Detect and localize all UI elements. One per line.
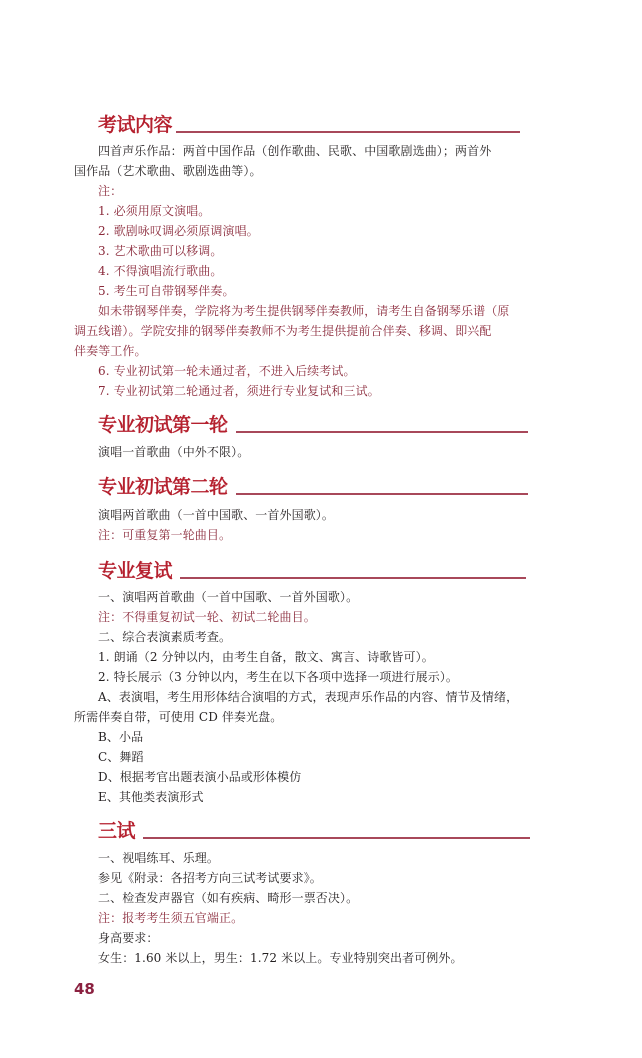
heading-rule	[176, 131, 520, 133]
body-text: 二、综合表演素质考查。	[98, 628, 231, 647]
heading-rule	[236, 493, 528, 495]
body-text: 参见《附录：各招考方向三试考试要求》。	[98, 869, 322, 888]
note-text: 伴奏等工作。	[74, 342, 147, 361]
section-title: 专业初试第一轮	[98, 414, 228, 436]
note-item: 3. 艺术歌曲可以移调。	[98, 242, 222, 261]
body-text: 身高要求：	[98, 929, 159, 948]
section-heading-second-exam: 专业复试	[98, 560, 526, 582]
list-item: C、舞蹈	[98, 748, 144, 767]
note-text: 注：可重复第一轮曲目。	[98, 526, 231, 545]
heading-rule	[180, 577, 526, 579]
body-text: 所需伴奏自带，可使用 CD 伴奏光盘。	[74, 708, 282, 727]
body-text: 一、演唱两首歌曲（一首中国歌、一首外国歌）。	[98, 588, 358, 607]
body-text: 国作品（艺术歌曲、歌剧选曲等）。	[74, 162, 262, 181]
note-item: 4. 不得演唱流行歌曲。	[98, 262, 222, 281]
body-text: A、表演唱，考生用形体结合演唱的方式，表现声乐作品的内容、情节及情绪，	[98, 688, 518, 707]
body-text: 四首声乐作品：两首中国作品（创作歌曲、民歌、中国歌剧选曲）；两首外	[98, 142, 491, 161]
body-text: 1. 朗诵（2 分钟以内，由考生自备，散文、寓言、诗歌皆可）。	[98, 648, 434, 667]
document-page: 考试内容 四首声乐作品：两首中国作品（创作歌曲、民歌、中国歌剧选曲）；两首外 国…	[0, 0, 642, 1058]
section-title: 专业初试第二轮	[98, 476, 228, 498]
note-item: 6. 专业初试第一轮未通过者，不进入后续考试。	[98, 362, 356, 381]
note-item: 2. 歌剧咏叹调必须原调演唱。	[98, 222, 259, 241]
section-heading-preliminary-round-2: 专业初试第二轮	[98, 476, 528, 498]
heading-rule	[236, 431, 528, 433]
note-text: 调五线谱）。学院安排的钢琴伴奏教师不为考生提供提前合伴奏、移调、即兴配	[74, 322, 492, 341]
note-item: 1. 必须用原文演唱。	[98, 202, 210, 221]
section-heading-exam-content: 考试内容	[98, 114, 520, 136]
heading-rule	[143, 837, 530, 839]
body-text: 女生：1.60 米以上，男生：1.72 米以上。专业特别突出者可例外。	[98, 949, 463, 968]
list-item: B、小品	[98, 728, 143, 747]
section-title: 专业复试	[98, 560, 172, 582]
section-title: 三试	[98, 820, 135, 842]
section-heading-preliminary-round-1: 专业初试第一轮	[98, 414, 528, 436]
note-item: 7. 专业初试第二轮通过者，须进行专业复试和三试。	[98, 382, 380, 401]
note-text: 注：不得重复初试一轮、初试二轮曲目。	[98, 608, 316, 627]
page-number: 48	[74, 980, 95, 998]
body-text: 一、视唱练耳、乐理。	[98, 849, 219, 868]
list-item: E、其他类表演形式	[98, 788, 204, 807]
section-heading-third-exam: 三试	[98, 820, 530, 842]
body-text: 演唱两首歌曲（一首中国歌、一首外国歌）。	[98, 506, 334, 525]
list-item: D、根据考官出题表演小品或形体模仿	[98, 768, 301, 787]
note-text: 注：报考考生须五官端正。	[98, 909, 243, 928]
note-item: 5. 考生可自带钢琴伴奏。	[98, 282, 235, 301]
body-text: 2. 特长展示（3 分钟以内，考生在以下各项中选择一项进行展示）。	[98, 668, 458, 687]
section-title: 考试内容	[98, 114, 172, 136]
note-text: 注：	[98, 182, 122, 201]
body-text: 二、检查发声器官（如有疾病、畸形一票否决）。	[98, 889, 358, 908]
body-text: 演唱一首歌曲（中外不限）。	[98, 443, 249, 462]
note-text: 如未带钢琴伴奏，学院将为考生提供钢琴伴奏教师，请考生自备钢琴乐谱（原	[98, 302, 509, 321]
